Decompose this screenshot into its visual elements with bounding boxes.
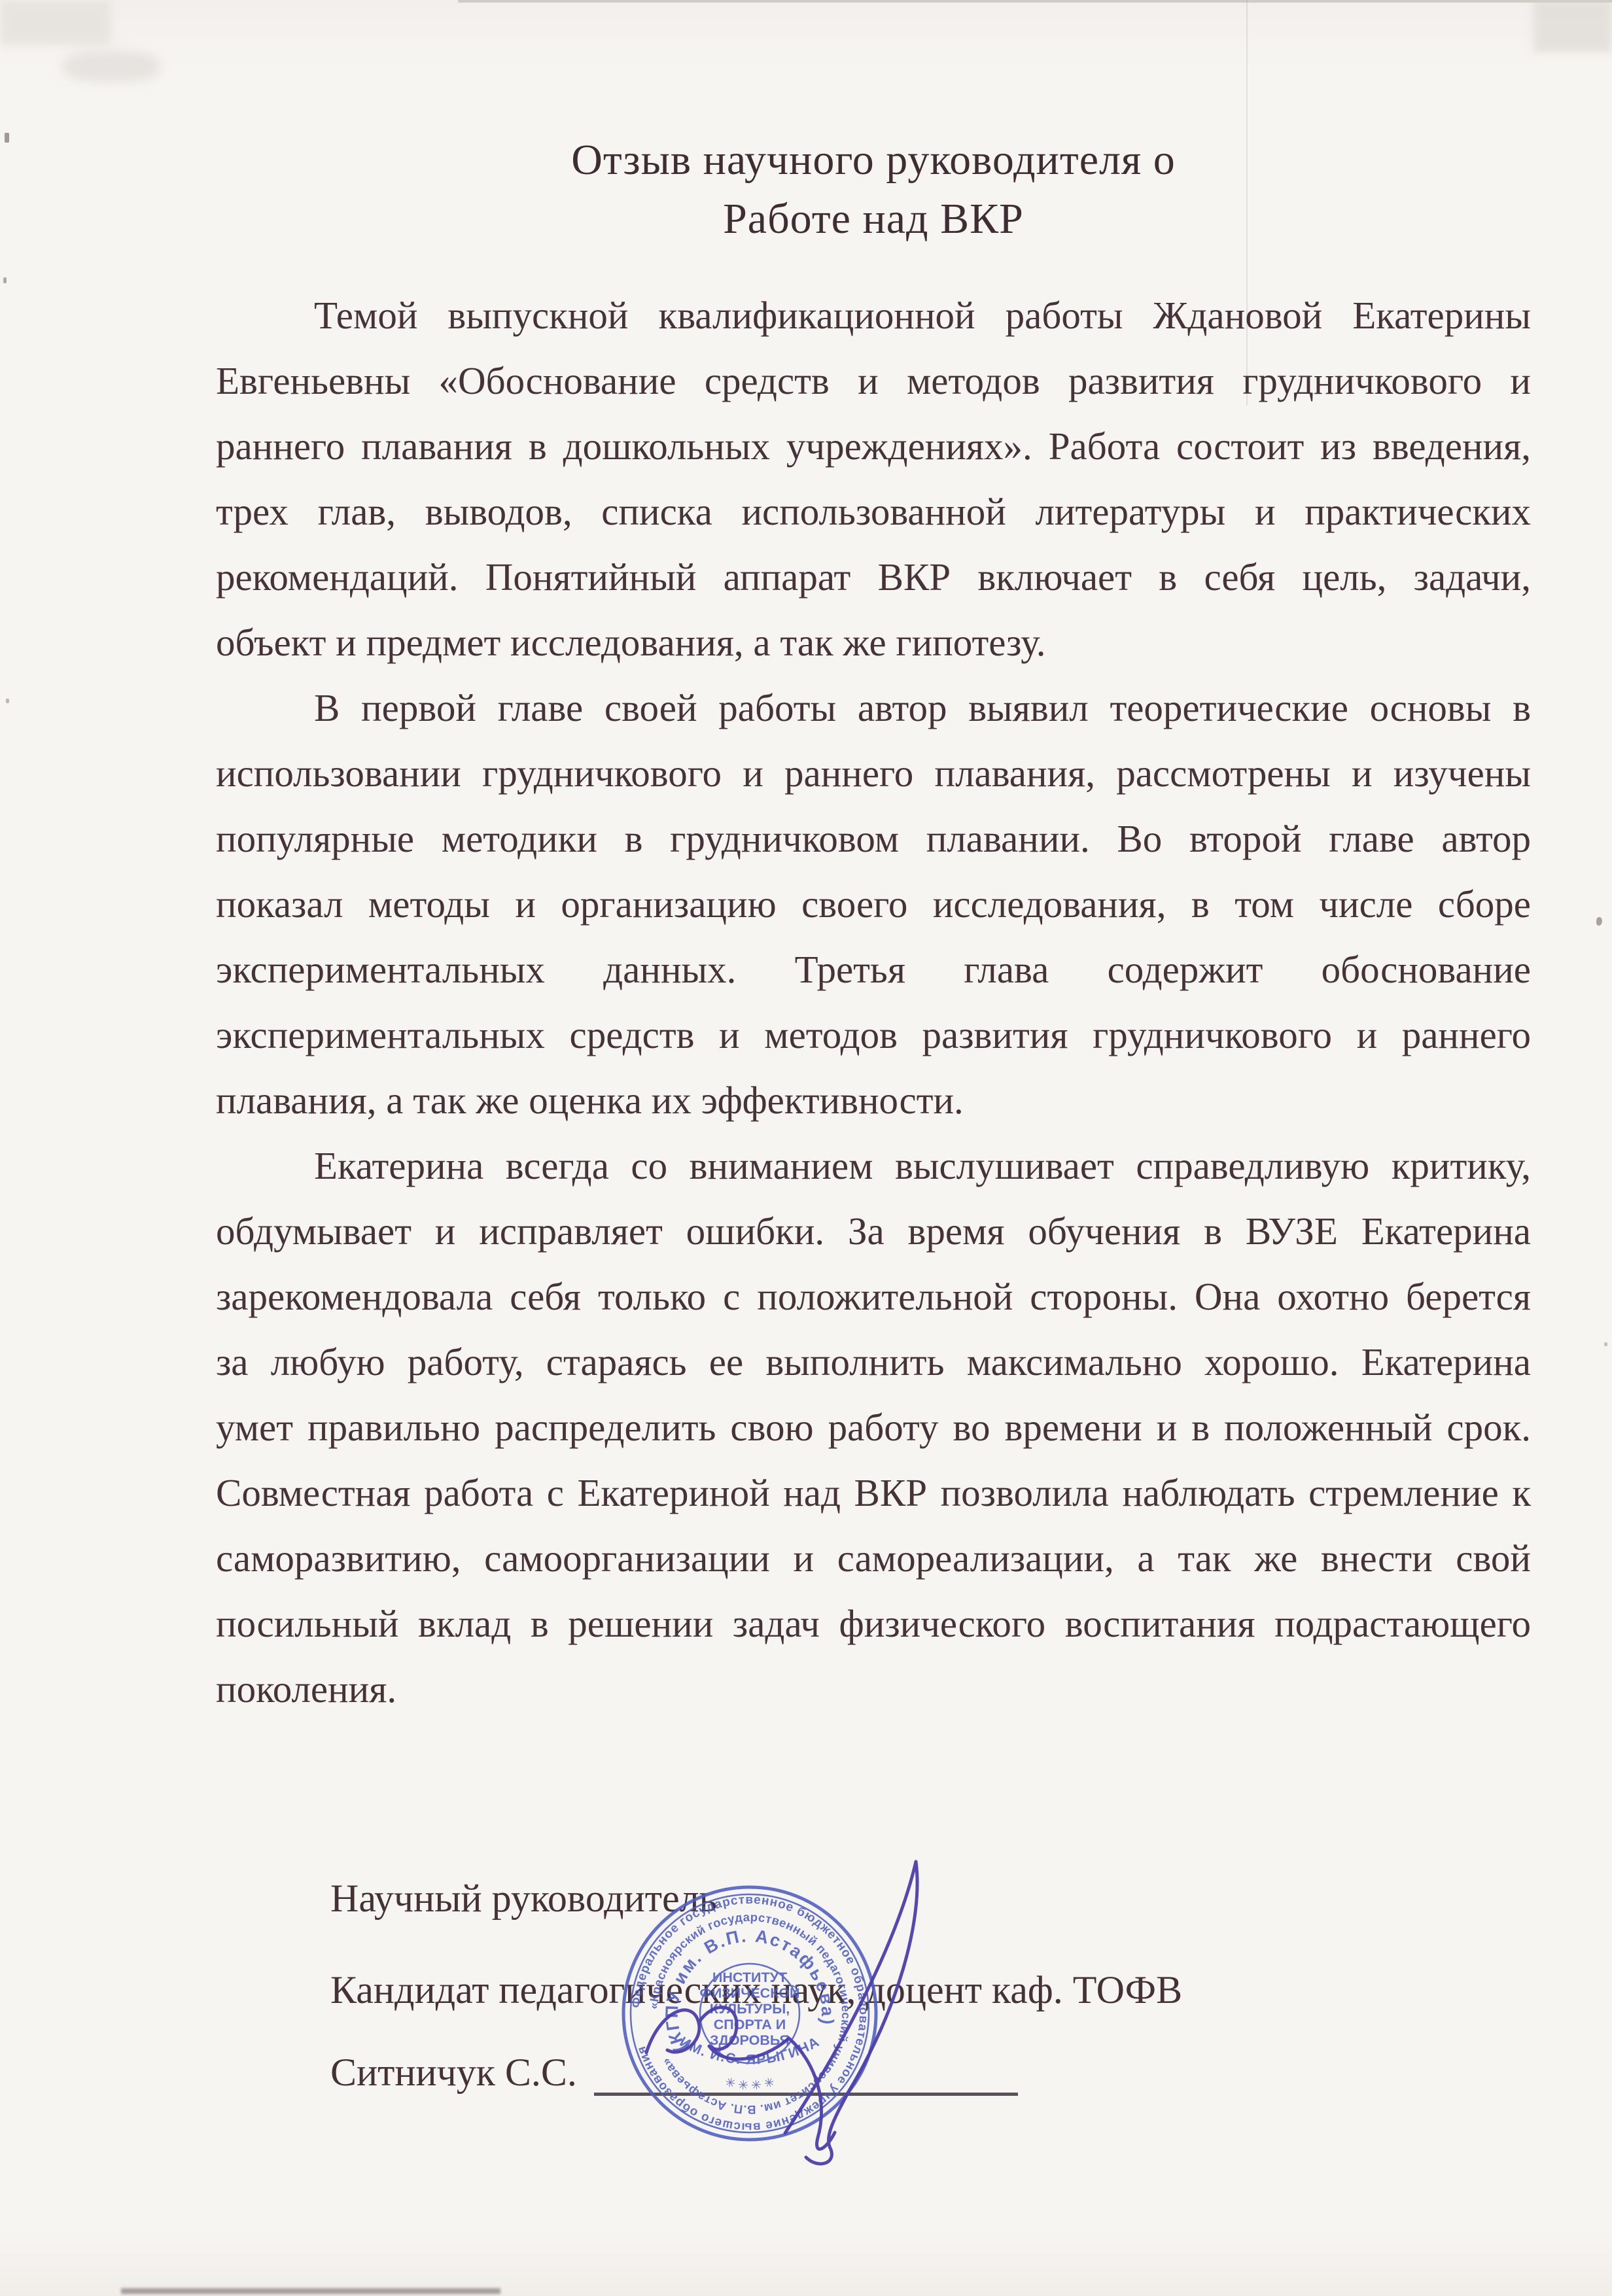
- text-line: поколения.: [216, 1656, 1531, 1722]
- text-line: Темой выпускной квалификационной работы …: [216, 283, 1531, 348]
- text-line: использовании грудничкового и раннего пл…: [216, 740, 1531, 806]
- text-line: посильный вклад в решении задач физическ…: [216, 1591, 1531, 1656]
- text-line: экспериментальных средств и методов разв…: [216, 1002, 1531, 1068]
- paragraph: Темой выпускной квалификационной работы …: [216, 283, 1531, 675]
- title-line-2: Работе над ВКР: [216, 190, 1531, 249]
- scan-corner-artifact: [1533, 0, 1612, 52]
- paragraph: Екатерина всегда со вниманием выслушивае…: [216, 1133, 1531, 1722]
- scan-speck: [6, 699, 9, 703]
- text-line: раннего плавания в дошкольных учреждения…: [216, 413, 1531, 479]
- scan-speck: [3, 277, 7, 283]
- text-line: трех глав, выводов, списка использованно…: [216, 479, 1531, 544]
- text-line: В первой главе своей работы автор выявил…: [216, 675, 1531, 740]
- text-line: Евгеньевны «Обоснование средств и методо…: [216, 348, 1531, 413]
- scan-speck: [1604, 1342, 1607, 1346]
- text-line: плавания, а так же оценка их эффективнос…: [216, 1068, 1531, 1133]
- text-line: экспериментальных данных. Третья глава с…: [216, 937, 1531, 1002]
- scanned-review-document: Отзыв научного руководителя о Работе над…: [0, 0, 1612, 2296]
- scan-speck: [1596, 917, 1602, 926]
- document-title: Отзыв научного руководителя о Работе над…: [216, 131, 1531, 249]
- handwritten-signature: [589, 1842, 955, 2182]
- scan-speck: [5, 133, 9, 143]
- text-line: рекомендаций. Понятийный аппарат ВКР вкл…: [216, 544, 1531, 610]
- text-line: Совместная работа с Екатериной над ВКР п…: [216, 1460, 1531, 1525]
- text-line: умет правильно распределить свою работу …: [216, 1395, 1531, 1460]
- advisor-name-label: Ситничук С.С.: [330, 2049, 577, 2096]
- scan-edge-artifact: [458, 0, 1612, 3]
- document-body: Темой выпускной квалификационной работы …: [216, 283, 1531, 1722]
- text-line: за любую работу, стараясь ее выполнить м…: [216, 1329, 1531, 1395]
- text-line: объект и предмет исследования, а так же …: [216, 610, 1531, 675]
- paragraph: В первой главе своей работы автор выявил…: [216, 675, 1531, 1133]
- text-line: саморазвитию, самоорганизации и самореал…: [216, 1525, 1531, 1591]
- text-line: Екатерина всегда со вниманием выслушивае…: [216, 1133, 1531, 1198]
- scan-corner-artifact: [0, 0, 111, 46]
- text-line: популярные методики в грудничковом плава…: [216, 806, 1531, 871]
- text-line: зарекомендовала себя только с положитель…: [216, 1264, 1531, 1329]
- scan-smudge-artifact: [62, 51, 160, 82]
- text-line: обдумывает и исправляет ошибки. За время…: [216, 1198, 1531, 1264]
- text-line: показал методы и организацию своего иссл…: [216, 871, 1531, 937]
- scan-edge-artifact: [121, 2288, 500, 2294]
- title-line-1: Отзыв научного руководителя о: [216, 131, 1531, 190]
